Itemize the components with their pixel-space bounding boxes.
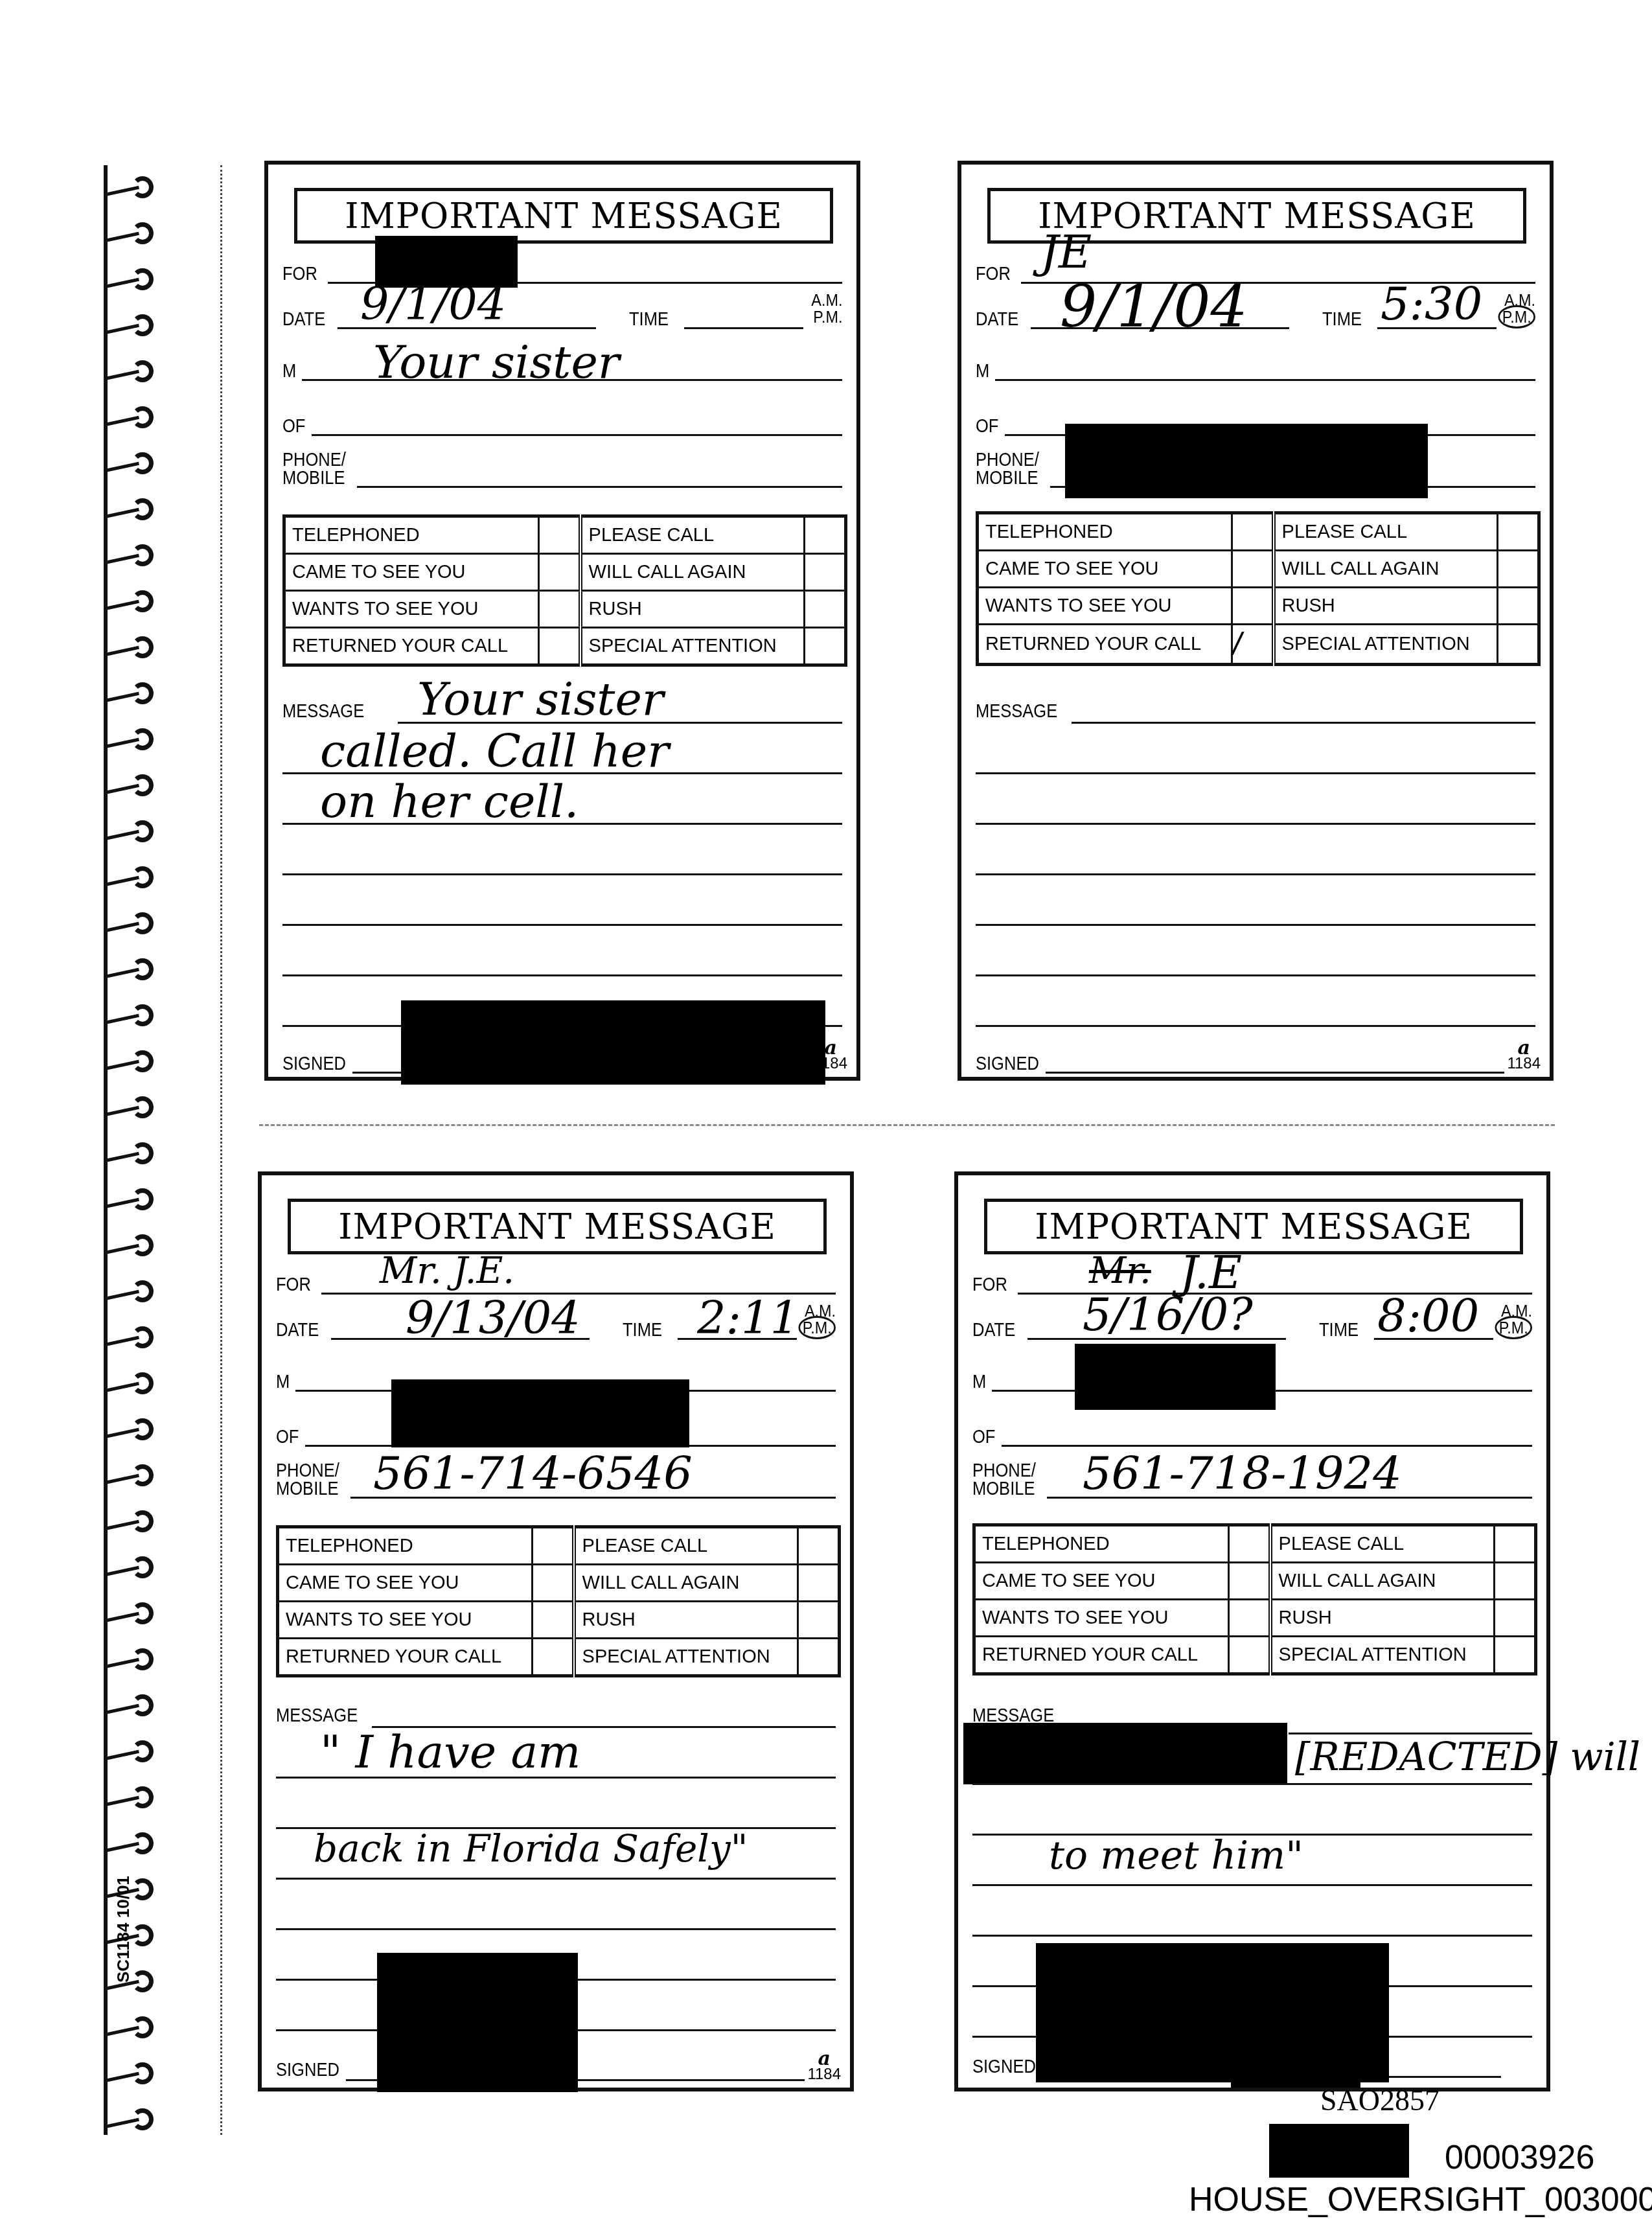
spiral-coil-icon [107,1509,152,1535]
checkbox-will-call-again[interactable] [1495,1563,1536,1600]
date-value: 9/13/04 [406,1295,580,1341]
date-row: DATE 9/1/04 TIME 5:30 A.M.P.M. [976,294,1535,333]
status-checkbox-grid: TELEPHONEDPLEASE CALL CAME TO SEE YOUWIL… [976,511,1541,666]
spiral-coil-icon [107,727,152,753]
checkbox-telephoned[interactable] [1228,1525,1270,1563]
spiral-coil-icon [107,451,152,477]
date-value: 9/1/04 [1060,278,1248,336]
checkbox-please-call[interactable] [805,516,846,554]
spiral-coil-icon [107,1325,152,1351]
status-checkbox-grid: TELEPHONEDPLEASE CALL CAME TO SEE YOUWIL… [276,1525,841,1677]
checkbox-telephoned[interactable] [1232,513,1274,551]
spiral-coil-icon [107,1003,152,1029]
spiral-coil-icon [107,957,152,983]
spiral-coil-icon [107,1187,152,1213]
for-value: Mr. J.E. [380,1253,514,1289]
checkbox-please-call[interactable] [798,1527,840,1565]
redaction-m [1075,1344,1276,1410]
spiral-coil-icon [107,1049,152,1075]
spiral-coil-icon [107,1417,152,1443]
message-slip-top-left: IMPORTANT MESSAGE FOR DATE 9/1/04 TIME A… [264,161,860,1081]
spiral-coil-icon [107,1555,152,1581]
spiral-coil-icon [107,911,152,937]
form-number: a1184 [1507,1041,1541,1072]
spiral-coil-icon [107,267,152,293]
spiral-coil-icon [107,497,152,523]
spiral-coil-icon [107,1601,152,1627]
m-row: M Your sister [282,346,842,385]
spiral-coil-icon [107,359,152,385]
perforation-line [220,165,222,2135]
checkbox-came-to-see-you[interactable] [1232,551,1274,588]
bates-number: 00003926 [1445,2138,1594,2177]
checkbox-will-call-again[interactable] [1498,551,1539,588]
checkbox-wants-to-see-you[interactable] [1232,588,1274,625]
status-checkbox-grid: TELEPHONEDPLEASE CALL CAME TO SEE YOUWIL… [972,1523,1537,1676]
spiral-coil-icon [107,865,152,891]
checkbox-rush[interactable] [1498,588,1539,625]
checkbox-wants-to-see-you[interactable] [538,591,580,628]
checkbox-wants-to-see-you[interactable] [532,1602,574,1639]
spiral-coil-icon [107,405,152,431]
slip-title: IMPORTANT MESSAGE [984,1199,1523,1254]
spiral-coil-icon [107,773,152,799]
message-line-2: back in Florida Safely" [314,1830,748,1867]
side-form-code: SC1184 10/01 [113,1876,133,1983]
spiral-coil-icon [107,1371,152,1397]
spiral-coil-icon [107,1647,152,1673]
of-row: OF [972,1412,1532,1451]
spiral-coil-icon [107,1739,152,1765]
spiral-coil-icon [107,1693,152,1719]
spiral-coil-icon [107,543,152,569]
redaction-stamp-top [1231,2041,1360,2088]
message-slip-bottom-left: IMPORTANT MESSAGE FOR Mr. J.E. DATE 9/13… [258,1171,854,2091]
checkbox-will-call-again[interactable] [805,554,846,591]
of-row: OF [282,401,842,440]
spiral-coil-icon [107,1279,152,1305]
date-row: DATE 9/13/04 TIME 2:11 A.M.P.M. [276,1305,836,1344]
redaction-message [963,1723,1287,1784]
spiral-coil-icon [107,1233,152,1259]
checkbox-returned-your-call[interactable] [1228,1637,1270,1674]
checkbox-wants-to-see-you[interactable] [1228,1600,1270,1637]
message-slip-top-right: IMPORTANT MESSAGE FOR JE DATE 9/1/04 TIM… [958,161,1554,1081]
form-number: a1184 [814,1041,847,1072]
checkbox-returned-your-call[interactable]: / [1232,625,1274,665]
redaction-signed [377,1953,578,2092]
checkbox-telephoned[interactable] [538,516,580,554]
spiral-coil-icon [107,2015,152,2041]
spiral-coil-icon [107,681,152,707]
spiral-coil-icon [107,589,152,615]
spiral-coil-icon [107,175,152,201]
date-value: 5/16/0? [1083,1292,1253,1337]
phone-row: PHONE/ MOBILE 561-714-6546 [276,1457,836,1503]
checkbox-telephoned[interactable] [532,1527,574,1565]
m-row: M [976,346,1535,385]
spiral-coil-icon [107,2107,152,2133]
message-line-2: called. Call her [320,728,669,774]
spiral-coil-icon [107,221,152,247]
am-pm: A.M.P.M. [811,292,842,325]
checkbox-came-to-see-you[interactable] [532,1565,574,1602]
bates-sao: SAO2857 [1320,2083,1440,2117]
phone-value: 561-718-1924 [1083,1451,1402,1496]
spiral-coil-icon [107,313,152,339]
checkbox-rush[interactable] [798,1602,840,1639]
message-slip-bottom-right: IMPORTANT MESSAGE FOR Mr. J.E DATE 5/16/… [954,1171,1550,2091]
checkbox-special-attention[interactable] [1495,1637,1536,1674]
checkbox-special-attention[interactable] [805,628,846,665]
spiral-coil-icon [107,1785,152,1811]
date-row: DATE 5/16/0? TIME 8:00 A.M.P.M. [972,1305,1532,1344]
date-row: DATE 9/1/04 TIME A.M.P.M. [282,294,842,333]
checkbox-please-call[interactable] [1495,1525,1536,1563]
slip-title: IMPORTANT MESSAGE [288,1199,827,1254]
spiral-coil-icon [107,2061,152,2087]
checkbox-came-to-see-you[interactable] [1228,1563,1270,1600]
form-number: a1184 [807,2051,841,2082]
spiral-coil-icon [107,1141,152,1167]
spiral-coil-icon [107,819,152,845]
checkbox-returned-your-call[interactable] [538,628,580,665]
checkbox-came-to-see-you[interactable] [538,554,580,591]
m-value: Your sister [373,340,619,385]
redaction-stamp [1269,2124,1409,2178]
checkbox-please-call[interactable] [1498,513,1539,551]
am-pm: A.M.P.M. [1498,292,1535,325]
redaction-signed [401,1000,825,1085]
house-oversight-id: HOUSE_OVERSIGHT_003000 [1189,2180,1652,2219]
spiral-coil-icon [107,635,152,661]
checkbox-rush[interactable] [805,591,846,628]
time-value: 2:11 [697,1295,799,1341]
message-line-3: on her cell. [320,779,579,824]
for-value: JE [1040,229,1092,275]
spiral-coil-icon [107,1831,152,1857]
phone-row: PHONE/ MOBILE [282,446,842,492]
date-value: 9/1/04 [360,281,506,327]
phone-value: 561-714-6546 [373,1451,693,1496]
message-line-1: [REDACTED] will like [1295,1738,1652,1777]
checkbox-rush[interactable] [1495,1600,1536,1637]
spiral-coil-icon [107,1463,152,1489]
checkbox-returned-your-call[interactable] [532,1639,574,1676]
time-value: 8:00 [1377,1293,1479,1339]
spiral-coil-icon [107,1095,152,1121]
status-checkbox-grid: TELEPHONEDPLEASE CALL CAME TO SEE YOUWIL… [282,514,847,667]
message-line-2: to meet him" [1049,1836,1303,1875]
checkbox-will-call-again[interactable] [798,1565,840,1602]
tear-line [259,1124,1555,1126]
message-line-1: " I have am [320,1729,581,1775]
time-value: 5:30 [1381,281,1482,327]
am-pm: A.M.P.M. [798,1302,836,1336]
checkbox-special-attention[interactable] [798,1639,840,1676]
for-struck-value: Mr. [1089,1253,1151,1289]
checkbox-special-attention[interactable] [1498,625,1539,665]
phone-row: PHONE/ MOBILE 561-718-1924 [972,1457,1532,1503]
message-line-1: Your sister [417,676,663,722]
redaction-of-phone [1065,424,1428,498]
redaction-m-of [391,1379,689,1447]
am-pm: A.M.P.M. [1495,1302,1532,1336]
